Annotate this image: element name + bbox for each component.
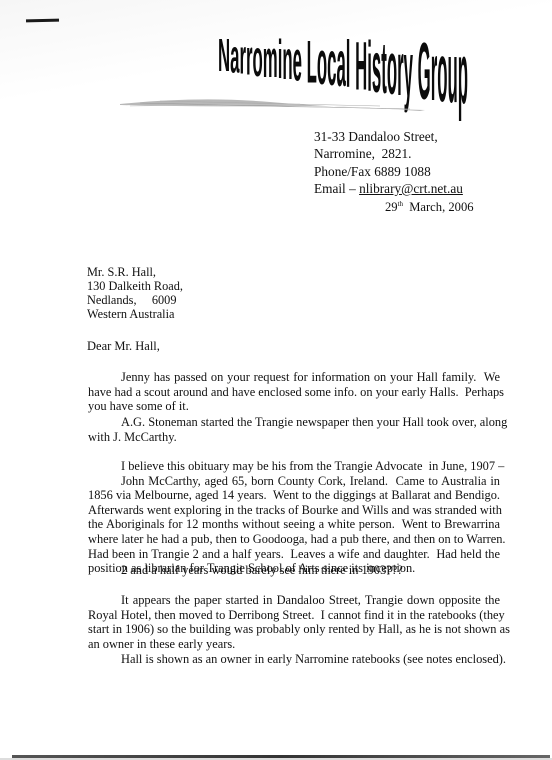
body-line: Jenny has passed on your request for inf… — [88, 370, 500, 385]
salutation: Dear Mr. Hall, — [87, 339, 160, 354]
sender-email-link[interactable]: nlibrary@crt.net.au — [359, 181, 463, 196]
recipient-state: Western Australia — [87, 308, 183, 322]
recipient-name: Mr. S.R. Hall, — [87, 266, 183, 280]
body-line: 2 and a half years would barely see him … — [88, 563, 500, 578]
sender-town: Narromine, 2821. — [314, 145, 463, 162]
body-line: A.G. Stoneman started the Trangie newspa… — [88, 415, 500, 430]
body-line: an owner in these early years. — [88, 637, 500, 652]
body-line: you have some of it. — [88, 399, 500, 414]
body-line: the Aboriginals for 12 months without se… — [88, 517, 500, 532]
sender-street: 31-33 Dandaloo Street, — [314, 128, 463, 145]
body-line: start in 1906) so the building was proba… — [88, 622, 500, 637]
letterhead-swoosh — [120, 94, 425, 112]
recipient-suburb: Nedlands, 6009 — [87, 294, 183, 308]
body-line: have had a scout around and have enclose… — [88, 385, 500, 400]
letter-date: 29th March, 2006 — [385, 200, 474, 215]
date-month-year: March, 2006 — [409, 200, 473, 214]
svg-text:o: o — [437, 25, 447, 119]
paragraph-5: It appears the paper started in Dandaloo… — [88, 593, 500, 651]
date-day: 29 — [385, 200, 398, 214]
svg-text:o: o — [317, 28, 327, 98]
sender-email-row: Email – nlibrary@crt.net.au — [314, 180, 463, 197]
sender-phone-fax: Phone/Fax 6889 1088 — [314, 163, 463, 180]
paragraph-2: A.G. Stoneman started the Trangie newspa… — [88, 415, 500, 444]
svg-text:n: n — [282, 29, 292, 91]
body-line: Had been in Trangie 2 and a half years. … — [88, 547, 500, 562]
svg-text:o: o — [253, 30, 263, 88]
body-line: It appears the paper started in Dandaloo… — [88, 593, 500, 608]
svg-text:e: e — [293, 29, 302, 93]
body-line: I believe this obituary may be his from … — [88, 459, 500, 474]
scan-mark — [26, 19, 59, 23]
date-ordinal: th — [398, 200, 403, 208]
svg-text:L: L — [307, 29, 317, 96]
svg-text:a: a — [230, 30, 239, 83]
body-line: where later he had a pub, then to Goodoo… — [88, 532, 500, 547]
scanned-letter-page: Narromine Local History Group 31-33 Dand… — [0, 0, 552, 760]
paragraph-1: Jenny has passed on your request for inf… — [88, 370, 500, 414]
sender-address: 31-33 Dandaloo Street, Narromine, 2821. … — [314, 128, 463, 197]
recipient-street: 130 Dalkeith Road, — [87, 280, 183, 294]
paragraph-4: 2 and a half years would barely see him … — [88, 563, 500, 578]
body-line: with J. McCarthy. — [88, 430, 500, 445]
paragraph-6: Hall is shown as an owner in early Narro… — [88, 652, 500, 667]
svg-text:u: u — [447, 26, 457, 120]
body-line: Royal Hotel, then moved to Derribong Str… — [88, 608, 500, 623]
sender-email-label: Email – — [314, 181, 359, 196]
body-line: Afterwards went exploring in the tracks … — [88, 503, 500, 518]
body-line: Hall is shown as an owner in early Narro… — [88, 652, 500, 667]
body-line: 1856 via Melbourne, aged 14 years. Went … — [88, 488, 500, 503]
svg-text:N: N — [218, 31, 230, 81]
body-line: John McCarthy, aged 65, born County Cork… — [88, 474, 500, 489]
svg-text:a: a — [336, 29, 346, 102]
svg-text:p: p — [458, 27, 468, 123]
svg-text:c: c — [327, 28, 336, 99]
paragraph-3: I believe this obituary may be his from … — [88, 459, 500, 576]
recipient-address: Mr. S.R. Hall, 130 Dalkeith Road, Nedlan… — [87, 266, 183, 322]
svg-text:r: r — [246, 29, 253, 85]
svg-text:m: m — [263, 30, 278, 89]
